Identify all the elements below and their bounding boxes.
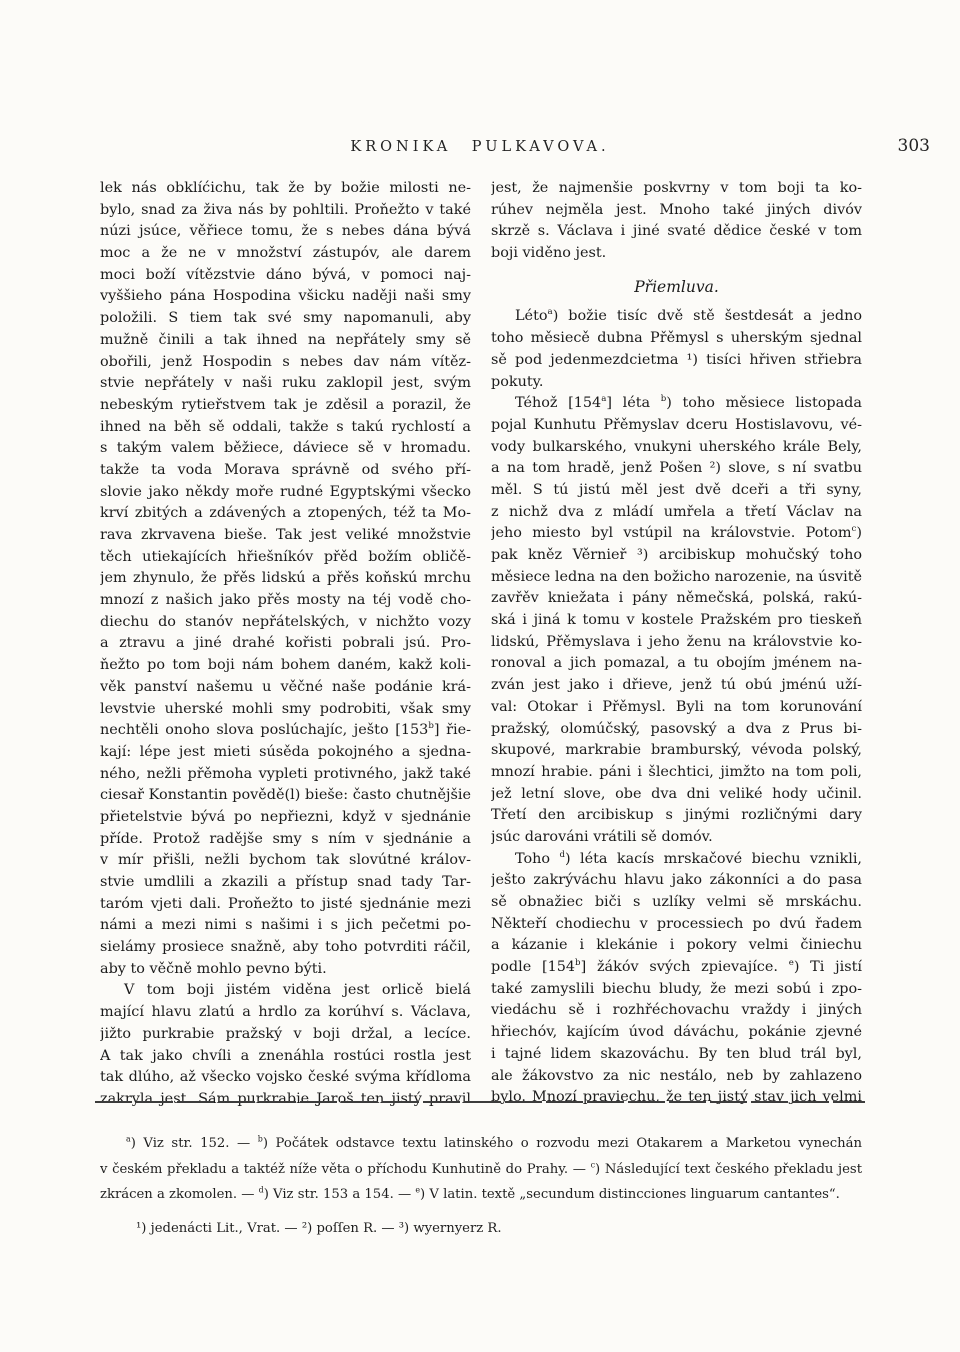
- text-line: rúhev nejměla jest. Mnoho také jiných di…: [491, 200, 862, 222]
- text-line: mající hlavu zlatú a hrdlo za korúhví s.…: [100, 1002, 471, 1024]
- text-line: aby to věčně mohlo pevno býti.: [100, 959, 471, 981]
- text-line: příde. Protož radějše smy s ním v sjedná…: [100, 829, 471, 851]
- text-line: a kázanie i klekánie i pokory velmi čini…: [491, 935, 862, 957]
- text-line: kají: lépe jest mieti súsěda pokojného a…: [100, 742, 471, 764]
- text-line: boji viděno jest.: [491, 243, 862, 265]
- text-line: mnozí hrabie. páni i šlechtici, jimžto n…: [491, 762, 862, 784]
- text-line: podle [154b] žákóv svých zpievajíce. e) …: [491, 957, 862, 979]
- text-line: jem zhynulo, že přěs lidskú a přěs koňsk…: [100, 568, 471, 590]
- text-line: také zamyslili biechu bludy, že mezi sob…: [491, 979, 862, 1001]
- text-line: val: Otokar i Přěmysl. Byli na tom korun…: [491, 697, 862, 719]
- text-line: lek nás obklíćichu, tak že by božie milo…: [100, 178, 471, 200]
- text-line: těch utiekajících hřiešníkóv přěd božím …: [100, 547, 471, 569]
- text-line: i tajné lidem skazováchu. By ten blud tr…: [491, 1044, 862, 1066]
- text-line: pojal Kunhutu Přěmyslav dceru Hostislavo…: [491, 415, 862, 437]
- text-line: pokuty.: [491, 372, 862, 394]
- text-line: bylo, snad za živa nás by pohltili. Proň…: [100, 200, 471, 222]
- text-line: Třetí den arcibiskup s jinými rozličnými…: [491, 805, 862, 827]
- text-line: ňežto po tom boji nám bohem daném, kakž …: [100, 655, 471, 677]
- text-columns: lek nás obklíćichu, tak že by božie milo…: [100, 178, 862, 1111]
- text-line: bylo. Mnozí praviechu, že ten jistý stav…: [491, 1087, 862, 1109]
- text-line: s takým valem běžiece, dáviece sě v hrom…: [100, 438, 471, 460]
- text-line: vody bulkarského, vnukyni uherského král…: [491, 437, 862, 459]
- text-line: nechtěli onoho slova poslúchajíc, ješto …: [100, 720, 471, 742]
- text-line: taróm vjeti dali. Proňežto to jisté sjed…: [100, 894, 471, 916]
- running-header-title: KRONIKA PULKAVOVA.: [0, 139, 960, 155]
- text-line: a na tom hradě, jenž Pošen ²) slove, s n…: [491, 458, 862, 480]
- text-line: tak dlúho, až všecko vojsko české svýma …: [100, 1067, 471, 1089]
- text-line: jsúc darováni vrátili sě domóv.: [491, 827, 862, 849]
- text-line: V tom boji jistém viděna jest orlicě bie…: [100, 980, 471, 1002]
- text-line: núzi jsúce, věřiece tomu, že s nebes dán…: [100, 221, 471, 243]
- text-line: vyššieho pána Hospodina všicku naději na…: [100, 286, 471, 308]
- text-line: pražský, olomúčský, pasovský a dva z Pru…: [491, 719, 862, 741]
- text-line: zván jest jako i dřieve, jenž tú obú jmé…: [491, 675, 862, 697]
- text-line: ronoval a jich pomazal, a tu obojím jmén…: [491, 653, 862, 675]
- text-line: pak kněz Věrnieř ³) arcibiskup mohučský …: [491, 545, 862, 567]
- text-line: krví zbitých a zdávených a ztopených, té…: [100, 503, 471, 525]
- text-line: přietelstvie bývá po nepřiezni, když v s…: [100, 807, 471, 829]
- text-line: skrzě s. Václava i jiné svaté dědice čes…: [491, 221, 862, 243]
- text-line: sě obnažiec biči s uzlíky velmi sě mrská…: [491, 892, 862, 914]
- book-page: KRONIKA PULKAVOVA. 303 lek nás obklíćich…: [0, 0, 960, 1352]
- variant-footnotes: ¹) jedenácti Lit., Vrat. — ²) poſſen R. …: [100, 1216, 862, 1241]
- text-line: Létoa) božie tisíc dvě stě šestdesát a j…: [491, 306, 862, 328]
- text-line: měl. S tú jistú měl jest dvě dceři a tři…: [491, 480, 862, 502]
- text-line: námi a mezi nimi s našimi i s jich pečet…: [100, 915, 471, 937]
- text-line: obořili, jenž Hospodin s nebes dav nám v…: [100, 352, 471, 374]
- footnote-line: a) Viz str. 152. — b) Počátek odstavce t…: [100, 1131, 862, 1157]
- text-line: Toho d) léta kacís mrskačové biechu vzni…: [491, 849, 862, 871]
- text-line: zavřěv kniežata i pány němečská, polská,…: [491, 588, 862, 610]
- footnote-line: zkrácen a zkomolen. — d) Viz str. 153 a …: [100, 1182, 862, 1208]
- text-line: ale žákovstvo za nic nestálo, neb by zah…: [491, 1066, 862, 1088]
- text-line: lidskú, Přěmyslava i jeho ženu na králov…: [491, 632, 862, 654]
- text-line: moc a že ne v množství zástupóv, ale dar…: [100, 243, 471, 265]
- text-line: mužně činili a tak ihned na nepřátely sm…: [100, 330, 471, 352]
- text-line: ciesař Konstantin povědě(l) bieše: často…: [100, 785, 471, 807]
- text-line: skupové, markrabie bramburský, vévoda po…: [491, 740, 862, 762]
- text-line: zakryla jest. Sám purkrabie Jaroš ten ji…: [100, 1089, 471, 1111]
- text-line: ihned na běh sě oddali, takže s takú ryc…: [100, 417, 471, 439]
- text-line: diechu do stanóv nepřátelských, v nichžt…: [100, 612, 471, 634]
- text-line: měsiece ledna na den božicho narozenie, …: [491, 567, 862, 589]
- text-line: levstvie uherské mohli smy podrobiti, vš…: [100, 699, 471, 721]
- text-line: jest, že najmenšie poskvrny v tom boji t…: [491, 178, 862, 200]
- right-column: jest, že najmenšie poskvrny v tom boji t…: [491, 178, 862, 1111]
- text-line: Téhož [154a] léta b) toho měsiece listop…: [491, 393, 862, 415]
- section-heading: Přiemluva.: [491, 277, 862, 299]
- text-line: jež letní slove, obe dva dni veliké hody…: [491, 784, 862, 806]
- text-line: z nichž dva z mládí umřela a třetí Václa…: [491, 502, 862, 524]
- text-line: sě pod jedenmezdcietma ¹) tisíci hřiven …: [491, 350, 862, 372]
- text-line: jižto purkrabie pražský v boji držal, a …: [100, 1024, 471, 1046]
- editorial-footnotes: a) Viz str. 152. — b) Počátek odstavce t…: [100, 1131, 862, 1208]
- text-line: rava zkrvavena bieše. Tak jest veliké mn…: [100, 525, 471, 547]
- footnote-divider: [95, 1101, 865, 1103]
- text-line: toho měsiecě dubna Přěmysl s uherským sj…: [491, 328, 862, 350]
- text-line: nebeským rytieřstvem tak je zděsil a por…: [100, 395, 471, 417]
- text-line: mnozí z našich jako přěs mosty na téj vo…: [100, 590, 471, 612]
- footnote-line: v českém překladu a taktéž níže věta o p…: [100, 1157, 862, 1183]
- text-line: ného, nežli přěmoha vypleti protivného, …: [100, 764, 471, 786]
- text-line: sielámy prosiece snažně, aby toho potvrd…: [100, 937, 471, 959]
- text-line: jeho miesto byl vstúpil na královstvie. …: [491, 523, 862, 545]
- text-line: moci boží vítězstvie dáno bývá, v pomoci…: [100, 265, 471, 287]
- text-line: stvie nepřátely v naši ruku zaklopil jes…: [100, 373, 471, 395]
- text-line: viedáchu sě i rozhřéchovachu vraždy i ji…: [491, 1000, 862, 1022]
- page-number: 303: [898, 136, 930, 156]
- text-line: a ztravu a jiné drahé kořisti pobrali js…: [100, 633, 471, 655]
- left-column: lek nás obklíćichu, tak že by božie milo…: [100, 178, 471, 1111]
- text-line: slovie jako někdy moře rudné Egyptskými …: [100, 482, 471, 504]
- text-line: Někteří chodiechu v processiech po dvú ř…: [491, 914, 862, 936]
- text-line: položili. S tiem tak své smy napomanuli,…: [100, 308, 471, 330]
- text-line: ská i jiná k tomu v kostele Pražském pro…: [491, 610, 862, 632]
- text-line: ješto zakrýváchu hlavu jako zákonníci a …: [491, 870, 862, 892]
- text-line: A tak jako chvíli a znenáhla rostúci ros…: [100, 1046, 471, 1068]
- text-line: věk panství našemu u věčné naše podánie …: [100, 677, 471, 699]
- text-line: takže ta voda Morava správně od svého př…: [100, 460, 471, 482]
- text-line: stvie umdlili a zkazili a přístup snad t…: [100, 872, 471, 894]
- text-line: hřiechóv, kajícím úvod dáváchu, pokánie …: [491, 1022, 862, 1044]
- text-line: v mír přišli, nežli bychom tak slovútné …: [100, 850, 471, 872]
